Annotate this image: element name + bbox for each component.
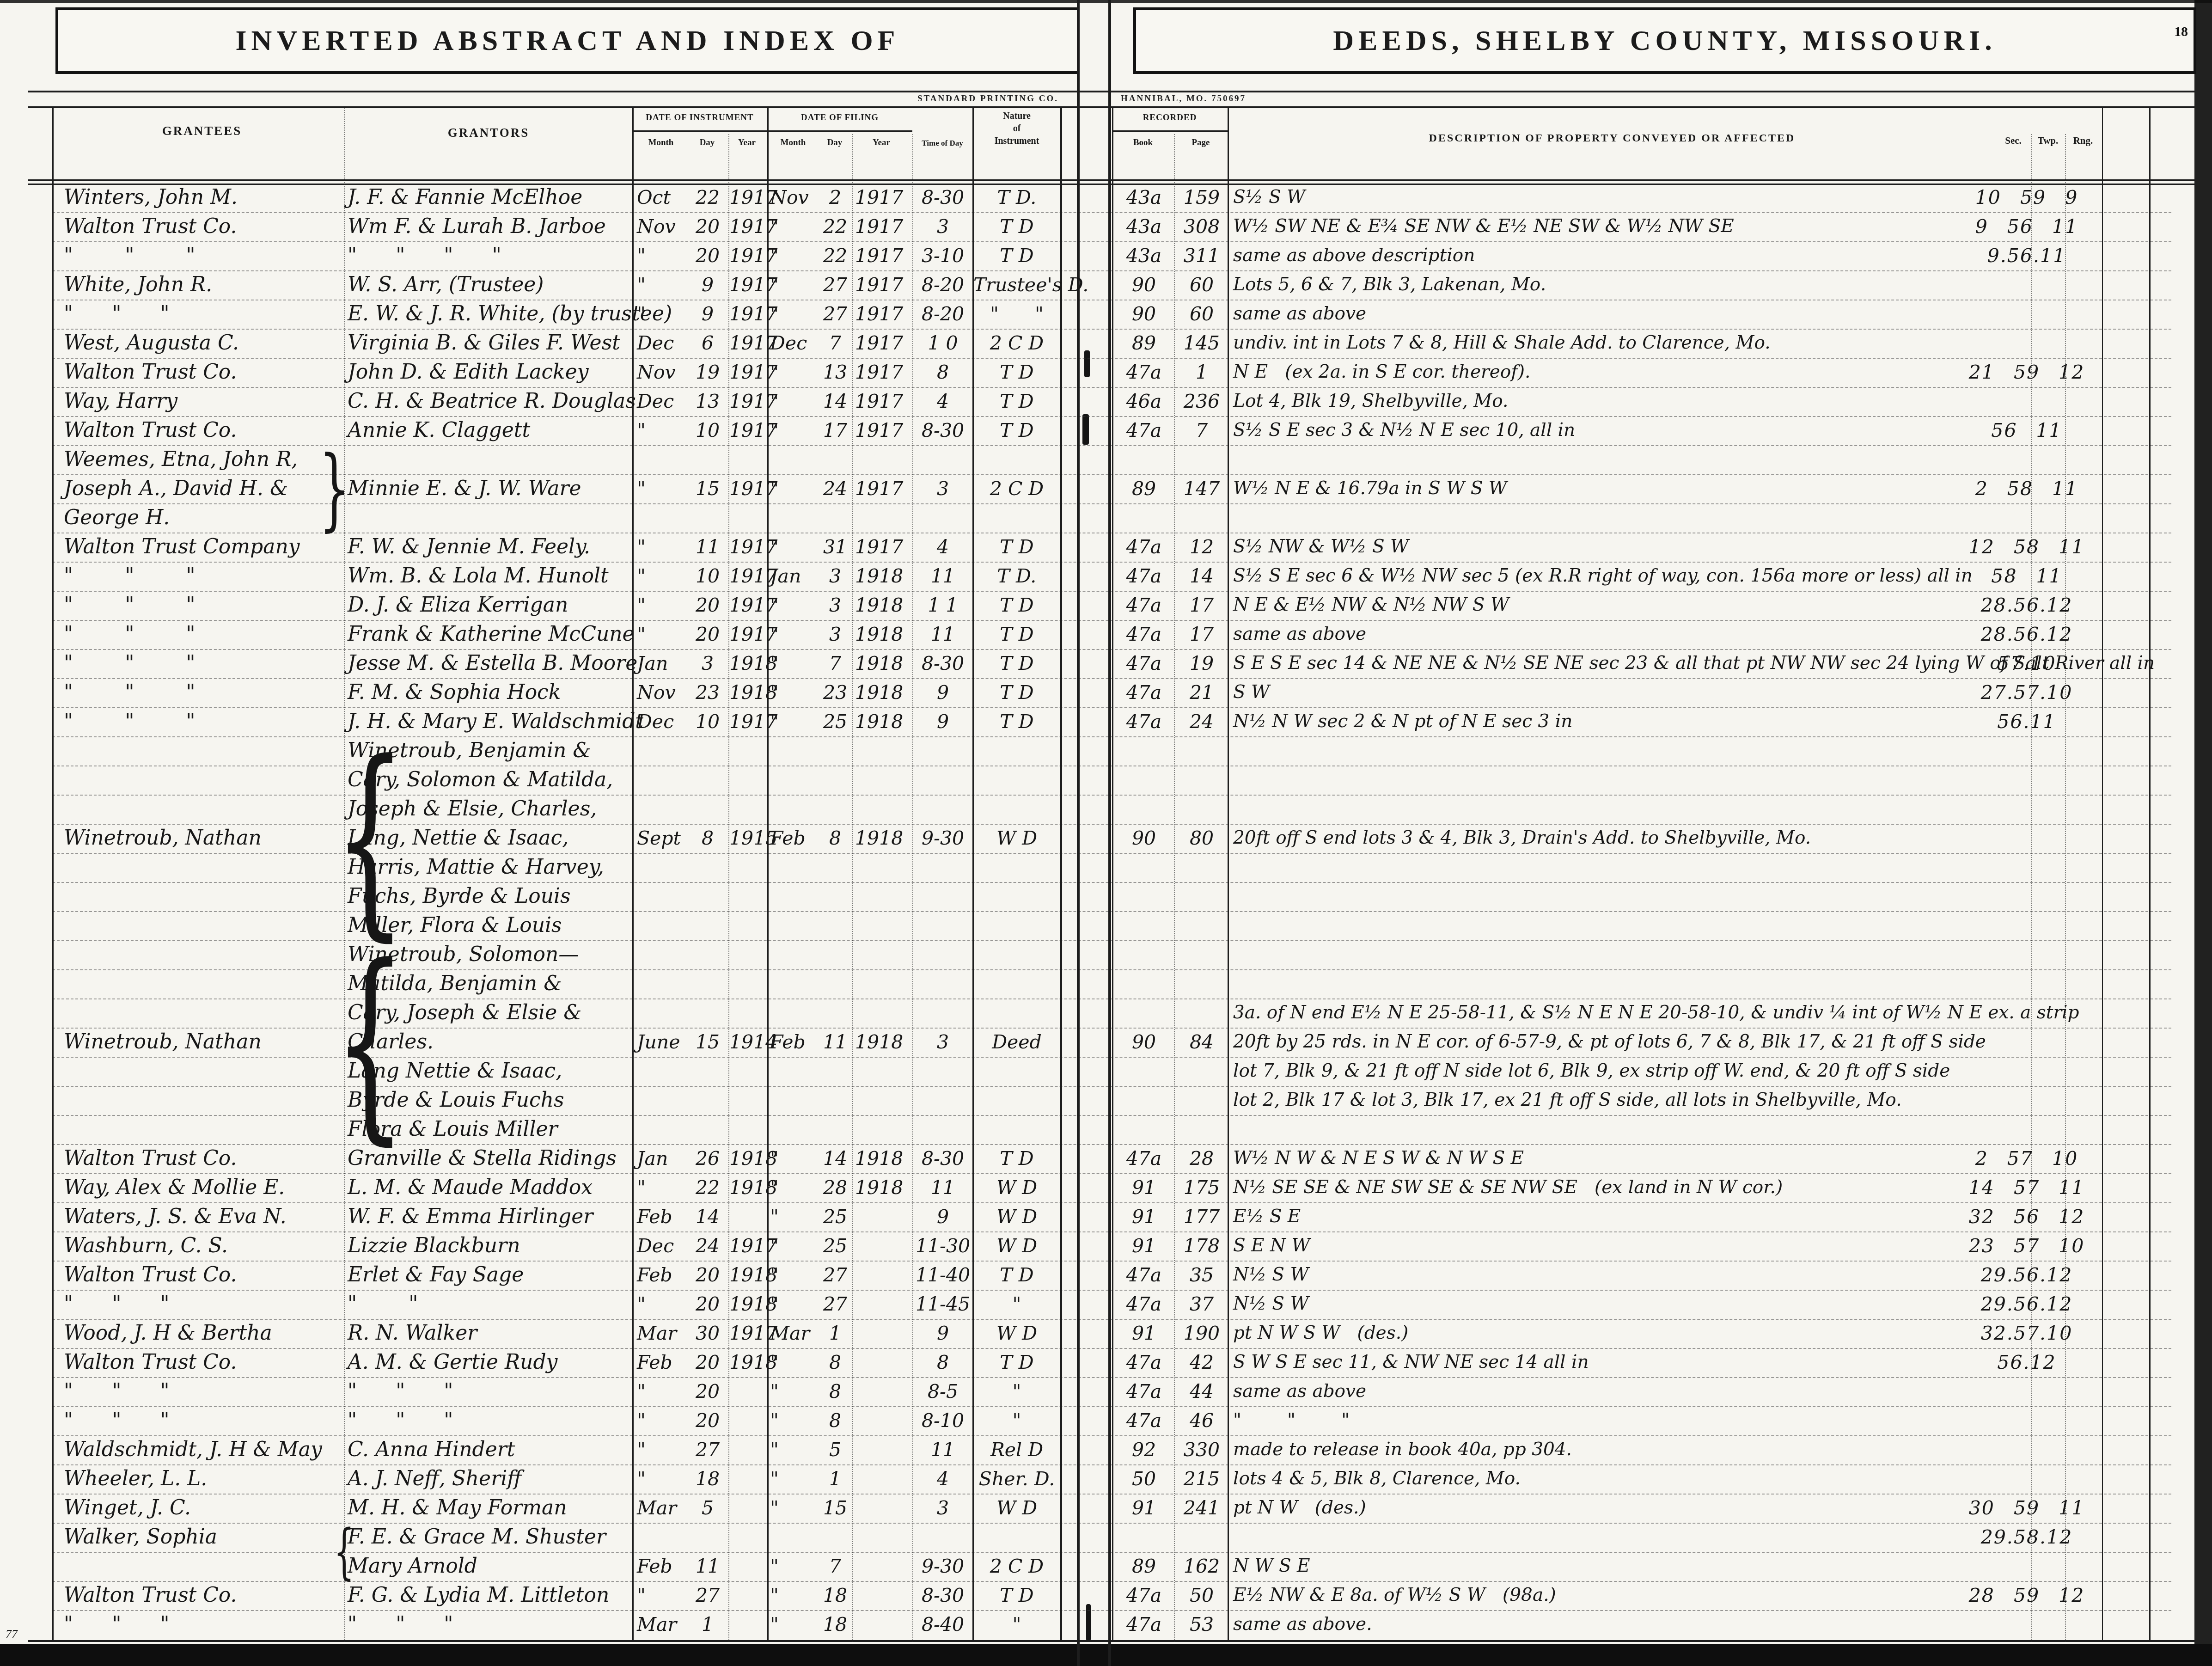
cell-de: lots 4 & 5, Blk 8, Clarence, Mo.	[1233, 1465, 1521, 1494]
cell-id: 14	[690, 1203, 726, 1232]
cell-fm: "	[770, 679, 816, 708]
heavy-rule	[28, 179, 2194, 181]
cell-fm: Mar	[770, 1319, 816, 1348]
cell-iy: 1918	[729, 1174, 766, 1203]
cell-t: 8-20	[914, 271, 972, 300]
cell-sec: 29.56.12	[1955, 1290, 2098, 1319]
cell-de: N½ N W sec 2 & N pt of N E sec 3 in	[1233, 708, 1572, 737]
cell-gr: A. M. & Gertie Rudy	[348, 1348, 557, 1378]
subheader-page: Page	[1174, 138, 1228, 148]
scan-smudge	[1086, 1604, 1091, 1641]
cell-sec: 9.56.11	[1955, 242, 2098, 271]
cell-im: Dec	[637, 708, 688, 737]
cell-sec: 27.57.10	[1955, 679, 2098, 708]
cell-fd: 3	[819, 620, 851, 649]
heavy-rule	[28, 1640, 2194, 1642]
cell-ge: West, Augusta C.	[64, 329, 239, 358]
cell-pg: 145	[1176, 329, 1228, 358]
subheader-underline	[632, 130, 767, 132]
cell-sec: 28.56.12	[1955, 591, 2098, 620]
cell-fd: 15	[819, 1494, 851, 1523]
cell-de: lot 2, Blk 17 & lot 3, Blk 17, ex 21 ft …	[1233, 1086, 1902, 1115]
cell-fd: 18	[819, 1581, 851, 1611]
cell-de: S½ S E sec 3 & N½ N E sec 10, all in	[1233, 416, 1575, 446]
cell-gr: John D. & Edith Lackey	[348, 358, 589, 387]
cell-t: 4	[914, 533, 972, 562]
scan-edge-right	[2194, 0, 2212, 1666]
cell-fm: "	[770, 1145, 816, 1174]
cell-n: T D	[973, 358, 1060, 387]
cell-t: 11-45	[914, 1290, 972, 1319]
cell-de: S½ S W	[1233, 184, 1305, 213]
cell-ge: " " "	[64, 562, 196, 591]
cell-ge: " " "	[64, 679, 196, 708]
cell-fd: 23	[819, 679, 851, 708]
cell-fy: 1917	[855, 416, 910, 446]
cell-fm: Feb	[770, 824, 816, 853]
cell-im: Oct	[637, 184, 688, 213]
cell-id: 10	[690, 416, 726, 446]
cell-bk: 47a	[1115, 1581, 1173, 1611]
cell-sec: 14 57 11	[1955, 1174, 2098, 1203]
cell-pg: 236	[1176, 387, 1228, 416]
cell-fd: 31	[819, 533, 851, 562]
cell-fy: 1918	[855, 824, 910, 853]
cell-im: Dec	[637, 329, 688, 358]
cell-ge: White, John R.	[64, 271, 212, 300]
cell-ge: " " "	[64, 620, 196, 649]
cell-iy: 1917	[729, 416, 766, 446]
cell-de: same as above	[1233, 300, 1366, 329]
cell-t: 11	[914, 1436, 972, 1465]
cell-gr: D. J. & Eliza Kerrigan	[348, 591, 568, 620]
cell-id: 20	[690, 1378, 726, 1407]
page-gutter-rule	[1108, 0, 1111, 1666]
cell-gr: R. N. Walker	[348, 1319, 477, 1348]
cell-fd: 3	[819, 562, 851, 591]
cell-n: T D	[973, 213, 1060, 242]
cell-fm: "	[770, 533, 816, 562]
cell-gr: Mary Arnold	[348, 1552, 477, 1581]
page-number: 18	[2174, 24, 2188, 40]
cell-fm: "	[770, 300, 816, 329]
cell-t: 9-30	[914, 1552, 972, 1581]
cell-bk: 47a	[1115, 708, 1173, 737]
cell-n: W D	[973, 824, 1060, 853]
cell-gr: " " "	[348, 1611, 453, 1640]
cell-bk: 92	[1115, 1436, 1173, 1465]
cell-fd: 7	[819, 1552, 851, 1581]
cell-iy: 1917	[729, 358, 766, 387]
cell-ge: Washburn, C. S.	[64, 1232, 228, 1261]
cell-fy: 1917	[855, 242, 910, 271]
cell-id: 6	[690, 329, 726, 358]
cell-id: 20	[690, 1261, 726, 1290]
cell-iy: 1918	[729, 649, 766, 679]
cell-im: Feb	[637, 1348, 688, 1378]
cell-fm: "	[770, 1407, 816, 1436]
cell-id: 22	[690, 1174, 726, 1203]
subheader-sec: Sec.	[1996, 135, 2031, 147]
cell-iy: 1917	[729, 1232, 766, 1261]
cell-ge: " " "	[64, 300, 170, 329]
cell-de: S½ S E sec 6 & W½ NW sec 5 (ex R.R right…	[1233, 562, 1973, 591]
cell-bk: 47a	[1115, 1611, 1173, 1640]
column-divider-dotted	[852, 134, 853, 1642]
scan-edge-top	[0, 0, 2212, 3]
cell-fm: "	[770, 1378, 816, 1407]
grantor-group-brace: {	[334, 734, 406, 943]
cell-fd: 18	[819, 1611, 851, 1640]
cell-pg: 37	[1176, 1290, 1228, 1319]
cell-fd: 27	[819, 300, 851, 329]
cell-sec: 29.58.12	[1955, 1523, 2098, 1552]
cell-id: 27	[690, 1436, 726, 1465]
cell-ge: " " "	[64, 242, 196, 271]
cell-pg: 21	[1176, 679, 1228, 708]
cell-pg: 177	[1176, 1203, 1228, 1232]
cell-bk: 47a	[1115, 620, 1173, 649]
cell-id: 30	[690, 1319, 726, 1348]
cell-gr: M. H. & May Forman	[348, 1494, 567, 1523]
cell-ge: Wheeler, L. L.	[64, 1465, 207, 1494]
cell-gr: Jesse M. & Estella B. Moore	[348, 649, 637, 679]
heavy-rule	[28, 91, 2194, 92]
cell-bk: 47a	[1115, 1145, 1173, 1174]
left-page-title: INVERTED ABSTRACT AND INDEX OF	[235, 24, 899, 57]
cell-t: 8	[914, 1348, 972, 1378]
cell-fm: "	[770, 416, 816, 446]
cell-n: T D.	[973, 562, 1060, 591]
cell-n: "	[973, 1407, 1060, 1436]
cell-fy: 1918	[855, 562, 910, 591]
cell-de: S W	[1233, 679, 1270, 708]
scan-smudge	[1084, 350, 1090, 377]
cell-gr: Erlet & Fay Sage	[348, 1261, 524, 1290]
cell-n: W D	[973, 1494, 1060, 1523]
cell-fd: 27	[819, 1261, 851, 1290]
cell-bk: 47a	[1115, 416, 1173, 446]
cell-bk: 89	[1115, 329, 1173, 358]
cell-ge: Walton Trust Co.	[64, 358, 237, 387]
cell-fm: "	[770, 1348, 816, 1378]
cell-fy: 1917	[855, 213, 910, 242]
subheader-time-of-day: Time of Day	[912, 139, 972, 148]
cell-pg: 42	[1176, 1348, 1228, 1378]
cell-fy: 1917	[855, 358, 910, 387]
cell-pg: 17	[1176, 591, 1228, 620]
cell-iy: 1917	[729, 562, 766, 591]
cell-im: Nov	[637, 679, 688, 708]
cell-im: "	[637, 562, 688, 591]
cell-fm: "	[770, 620, 816, 649]
cell-ge: " " "	[64, 1611, 170, 1640]
cell-iy: 1918	[729, 1261, 766, 1290]
subheader-instrument-month: Month	[635, 138, 687, 148]
cell-bk: 46a	[1115, 387, 1173, 416]
cell-fm: "	[770, 1436, 816, 1465]
cell-sec: 56.11	[1955, 708, 2098, 737]
cell-im: Feb	[637, 1203, 688, 1232]
left-header-box: INVERTED ABSTRACT AND INDEX OF	[55, 7, 1080, 74]
cell-im: "	[637, 1436, 688, 1465]
cell-ge: Waters, J. S. & Eva N.	[64, 1203, 287, 1232]
cell-pg: 178	[1176, 1232, 1228, 1261]
cell-ge: Weemes, Etna, John R,	[64, 446, 298, 475]
cell-pg: 24	[1176, 708, 1228, 737]
cell-de: Lots 5, 6 & 7, Blk 3, Lakenan, Mo.	[1233, 271, 1546, 300]
cell-im: Feb	[637, 1552, 688, 1581]
cell-fy: 1918	[855, 1174, 910, 1203]
cell-ge: Winters, John M.	[64, 184, 238, 213]
cell-n: T D.	[973, 184, 1060, 213]
cell-t: 8-30	[914, 1145, 972, 1174]
cell-fd: 17	[819, 416, 851, 446]
cell-n: T D	[973, 533, 1060, 562]
cell-fd: 22	[819, 213, 851, 242]
cell-pg: 17	[1176, 620, 1228, 649]
cell-iy: 1915	[729, 824, 766, 853]
cell-fd: 24	[819, 475, 851, 504]
cell-iy: 1917	[729, 708, 766, 737]
cell-fy: 1917	[855, 533, 910, 562]
cell-fd: 5	[819, 1436, 851, 1465]
cell-fm: "	[770, 649, 816, 679]
cell-pg: 35	[1176, 1261, 1228, 1290]
cell-iy: 1918	[729, 1290, 766, 1319]
cell-de: made to release in book 40a, pp 304.	[1233, 1436, 1572, 1465]
cell-pg: 80	[1176, 824, 1228, 853]
cell-id: 20	[690, 620, 726, 649]
cell-de: same as above	[1233, 620, 1366, 649]
cell-sec: 10 59 9	[1955, 184, 2098, 213]
cell-fm: "	[770, 708, 816, 737]
cell-gr: F. W. & Jennie M. Feely.	[348, 533, 590, 562]
cell-n: 2 C D	[973, 1552, 1060, 1581]
cell-fd: 25	[819, 708, 851, 737]
cell-gr: W. F. & Emma Hirlinger	[348, 1203, 593, 1232]
cell-pg: 19	[1176, 649, 1228, 679]
cell-ge: Walton Trust Company	[64, 533, 300, 562]
cell-n: Sher. D.	[973, 1465, 1060, 1494]
subheader-filing-month: Month	[769, 138, 817, 148]
cell-pg: 241	[1176, 1494, 1228, 1523]
cell-de: E½ NW & E 8a. of W½ S W (98a.)	[1233, 1581, 1556, 1611]
cell-fd: 8	[819, 1407, 851, 1436]
cell-t: 9	[914, 708, 972, 737]
cell-fm: Dec	[770, 329, 816, 358]
cell-iy: 1914	[729, 1028, 766, 1057]
cell-im: "	[637, 300, 688, 329]
cell-n: W D	[973, 1174, 1060, 1203]
cell-bk: 91	[1115, 1174, 1173, 1203]
cell-im: Dec	[637, 387, 688, 416]
col-header-date-of-filing: DATE OF FILING	[767, 113, 912, 123]
cell-t: 4	[914, 1465, 972, 1494]
cell-id: 20	[690, 1290, 726, 1319]
cell-im: "	[637, 1465, 688, 1494]
cell-fy: 1918	[855, 649, 910, 679]
cell-n: Rel D	[973, 1436, 1060, 1465]
subheader-underline	[1112, 130, 1228, 132]
cell-gr: Wm. B. & Lola M. Hunolt	[348, 562, 609, 591]
cell-im: "	[637, 1581, 688, 1611]
cell-t: 8-40	[914, 1611, 972, 1640]
cell-im: June	[637, 1028, 688, 1057]
cell-fd: 14	[819, 387, 851, 416]
cell-t: 8	[914, 358, 972, 387]
cell-de: S W S E sec 11, & NW NE sec 14 all in	[1233, 1348, 1589, 1378]
cell-id: 3	[690, 649, 726, 679]
cell-de: pt N W S W (des.)	[1233, 1319, 1408, 1348]
cell-bk: 47a	[1115, 1261, 1173, 1290]
cell-bk: 50	[1115, 1465, 1173, 1494]
cell-n: T D	[973, 416, 1060, 446]
cell-fy: 1918	[855, 591, 910, 620]
cell-id: 20	[690, 213, 726, 242]
cell-pg: 28	[1176, 1145, 1228, 1174]
col-header-nature: Nature of Instrument	[973, 110, 1060, 147]
cell-de: S E N W	[1233, 1232, 1310, 1261]
cell-de: same as above.	[1233, 1611, 1372, 1640]
cell-sec: 28 59 12	[1955, 1581, 2098, 1611]
cell-fm: "	[770, 1174, 816, 1203]
cell-id: 15	[690, 1028, 726, 1057]
cell-fd: 7	[819, 649, 851, 679]
cell-n: T D	[973, 242, 1060, 271]
cell-ge: Walton Trust Co.	[64, 416, 237, 446]
cell-pg: 46	[1176, 1407, 1228, 1436]
cell-t: 3	[914, 1494, 972, 1523]
cell-de: W½ SW NE & E¾ SE NW & E½ NE SW & W½ NW S…	[1233, 213, 1734, 242]
subheader-filing-day: Day	[818, 138, 851, 148]
cell-bk: 47a	[1115, 1348, 1173, 1378]
cell-bk: 47a	[1115, 591, 1173, 620]
cell-t: 4	[914, 387, 972, 416]
cell-fm: "	[770, 387, 816, 416]
cell-gr: Wm F. & Lurah B. Jarboe	[348, 213, 606, 242]
cell-id: 10	[690, 562, 726, 591]
cell-id: 22	[690, 184, 726, 213]
cell-de: 20ft off S end lots 3 & 4, Blk 3, Drain'…	[1233, 824, 1811, 853]
cell-t: 8-30	[914, 1581, 972, 1611]
cell-de: N W S E	[1233, 1552, 1310, 1581]
cell-bk: 90	[1115, 271, 1173, 300]
cell-fy: 1917	[855, 271, 910, 300]
cell-de: 20ft by 25 rds. in N E cor. of 6-57-9, &…	[1233, 1028, 1986, 1057]
cell-de: W½ N W & N E S W & N W S E	[1233, 1145, 1524, 1174]
column-divider-dotted	[912, 134, 913, 1642]
cell-id: 10	[690, 708, 726, 737]
column-rule	[52, 108, 54, 1642]
cell-im: Jan	[637, 1145, 688, 1174]
cell-fd: 27	[819, 271, 851, 300]
cell-bk: 47a	[1115, 1290, 1173, 1319]
col-header-recorded: RECORDED	[1112, 113, 1228, 123]
cell-fm: "	[770, 242, 816, 271]
subheader-twp: Twp.	[2031, 135, 2065, 147]
cell-ge: " " "	[64, 649, 196, 679]
cell-fm: "	[770, 1465, 816, 1494]
cell-t: 11-40	[914, 1261, 972, 1290]
cell-gr: Minnie E. & J. W. Ware	[348, 475, 581, 504]
cell-pg: 14	[1176, 562, 1228, 591]
cell-bk: 89	[1115, 1552, 1173, 1581]
cell-iy: 1917	[729, 533, 766, 562]
cell-t: 9	[914, 1319, 972, 1348]
subheader-book: Book	[1112, 138, 1174, 148]
cell-fd: 27	[819, 1290, 851, 1319]
scan-edge-bottom	[0, 1644, 2212, 1666]
cell-ge: Winetroub, Nathan	[64, 824, 262, 853]
cell-fm: "	[770, 591, 816, 620]
cell-bk: 43a	[1115, 213, 1173, 242]
cell-de: N½ SE SE & NE SW SE & SE NW SE (ex land …	[1233, 1174, 1783, 1203]
cell-t: 9	[914, 679, 972, 708]
cell-gr: Frank & Katherine McCune	[348, 620, 635, 649]
cell-iy: 1917	[729, 475, 766, 504]
cell-ge: Walton Trust Co.	[64, 1261, 237, 1290]
cell-de: same as above	[1233, 1378, 1366, 1407]
cell-bk: 91	[1115, 1494, 1173, 1523]
cell-im: "	[637, 271, 688, 300]
cell-fd: 25	[819, 1203, 851, 1232]
cell-gr: W. S. Arr, (Trustee)	[348, 271, 544, 300]
cell-de: N½ S W	[1233, 1290, 1309, 1319]
cell-fm: "	[770, 1290, 816, 1319]
cell-id: 20	[690, 591, 726, 620]
cell-im: "	[637, 416, 688, 446]
cell-fd: 25	[819, 1232, 851, 1261]
cell-id: 20	[690, 242, 726, 271]
cell-pg: 60	[1176, 271, 1228, 300]
cell-fm: "	[770, 1581, 816, 1611]
cell-im: Mar	[637, 1611, 688, 1640]
cell-gr: C. H. & Beatrice R. Douglas	[348, 387, 636, 416]
cell-bk: 90	[1115, 824, 1173, 853]
cell-ge: " " "	[64, 591, 196, 620]
cell-im: "	[637, 242, 688, 271]
cell-im: Mar	[637, 1319, 688, 1348]
cell-fy: 1917	[855, 184, 910, 213]
cell-sec: 56 11	[1955, 416, 2098, 446]
cell-ge: " " "	[64, 708, 196, 737]
cell-gr: E. W. & J. R. White, (by trustee)	[348, 300, 672, 329]
cell-im: Nov	[637, 358, 688, 387]
cell-iy: 1917	[729, 271, 766, 300]
cell-id: 19	[690, 358, 726, 387]
cell-gr: " "	[348, 1290, 418, 1319]
cell-t: 11-30	[914, 1232, 972, 1261]
subheader-instrument-year: Year	[727, 138, 766, 148]
cell-iy: 1917	[729, 1319, 766, 1348]
cell-bk: 47a	[1115, 358, 1173, 387]
cell-gr: Lizzie Blackburn	[348, 1232, 520, 1261]
cell-fm: Jan	[770, 562, 816, 591]
subheader-filing-year: Year	[853, 138, 910, 148]
cell-id: 5	[690, 1494, 726, 1523]
cell-n: Trustee's D.	[973, 271, 1060, 300]
cell-pg: 60	[1176, 300, 1228, 329]
cell-fm: "	[770, 213, 816, 242]
cell-id: 15	[690, 475, 726, 504]
cell-fd: 2	[819, 184, 851, 213]
printer-mark-right: HANNIBAL, MO. 750697	[1121, 94, 1246, 104]
cell-id: 18	[690, 1465, 726, 1494]
cell-n: T D	[973, 708, 1060, 737]
cell-fy: 1917	[855, 329, 910, 358]
cell-sec: 58 11	[1955, 562, 2098, 591]
